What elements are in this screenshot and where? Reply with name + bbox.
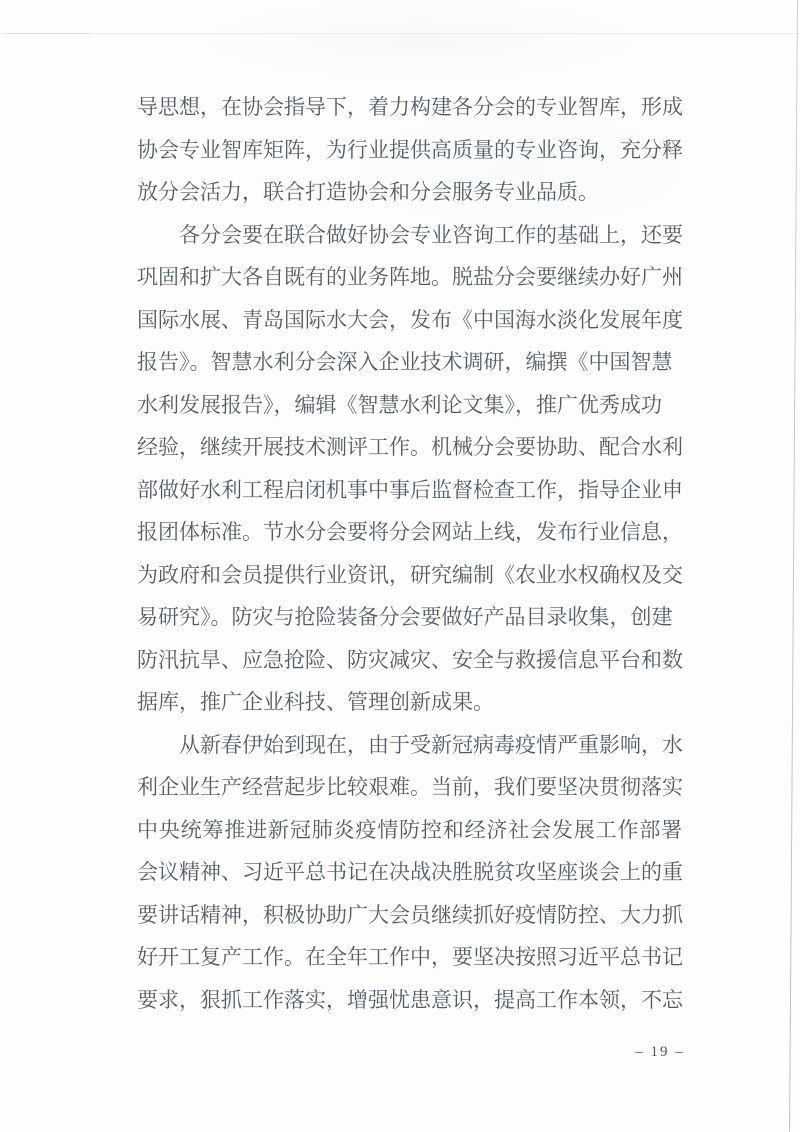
scan-artifact-horizontal-faint	[0, 33, 800, 34]
text-line: 据库，推广企业科技、管理创新成果。	[137, 681, 683, 724]
text-line: 协会专业智库矩阵，为行业提供高质量的专业咨询，充分释	[137, 129, 683, 172]
page-number: – 19 –	[620, 1044, 700, 1061]
paragraph: 从新春伊始到现在，由于受新冠病毒疫情严重影响，水 利企业生产经营起步比较艰难。当…	[137, 724, 683, 1022]
text-line: 放分会活力，联合打造协会和分会服务专业品质。	[137, 171, 683, 214]
text-line: 防汛抗旱、应急抢险、防灾减灾、安全与救援信息平台和数	[137, 639, 683, 682]
paragraph: 导思想，在协会指导下，着力构建各分会的专业智库，形成 协会专业智库矩阵，为行业提…	[137, 86, 683, 214]
text-line: 巩固和扩大各自既有的业务阵地。脱盐分会要继续办好广州	[137, 256, 683, 299]
text-line: 经验，继续开展技术测评工作。机械分会要协助、配合水利	[137, 426, 683, 469]
text-line: 好开工复产工作。在全年工作中，要坚决按照习近平总书记	[137, 936, 683, 979]
text-line: 水利发展报告》，编辑《智慧水利论文集》，推广优秀成功	[137, 384, 683, 427]
text-line: 会议精神、习近平总书记在决战决胜脱贫攻坚座谈会上的重	[137, 851, 683, 894]
text-line: 中央统筹推进新冠肺炎疫情防控和经济社会发展工作部署	[137, 809, 683, 852]
text-line: 从新春伊始到现在，由于受新冠病毒疫情严重影响，水	[137, 724, 683, 767]
text-line: 国际水展、青岛国际水大会，发布《中国海水淡化发展年度	[137, 299, 683, 342]
text-line: 报团体标准。节水分会要将分会网站上线，发布行业信息，	[137, 511, 683, 554]
text-line: 为政府和会员提供行业资讯，研究编制《农业水权确权及交	[137, 554, 683, 597]
text-line: 易研究》。防灾与抢险装备分会要做好产品目录收集，创建	[137, 596, 683, 639]
text-line: 要求，狠抓工作落实，增强忧患意识，提高工作本领，不忘	[137, 979, 683, 1022]
scanned-document-page: 导思想，在协会指导下，着力构建各分会的专业智库，形成 协会专业智库矩阵，为行业提…	[0, 0, 800, 1132]
scan-artifact-horizontal-streak	[6, 33, 90, 34]
text-line: 要讲话精神，积极协助广大会员继续抓好疫情防控、大力抓	[137, 894, 683, 937]
scan-artifact-vertical-line	[789, 0, 798, 1132]
text-line: 报告》。智慧水利分会深入企业技术调研，编撰《中国智慧	[137, 341, 683, 384]
document-body-text: 导思想，在协会指导下，着力构建各分会的专业智库，形成 协会专业智库矩阵，为行业提…	[137, 86, 683, 1021]
text-line: 部做好水利工程启闭机事中事后监督检查工作，指导企业申	[137, 469, 683, 512]
paragraph: 各分会要在联合做好协会专业咨询工作的基础上，还要 巩固和扩大各自既有的业务阵地。…	[137, 214, 683, 724]
text-line: 利企业生产经营起步比较艰难。当前，我们要坚决贯彻落实	[137, 766, 683, 809]
text-line: 各分会要在联合做好协会专业咨询工作的基础上，还要	[137, 214, 683, 257]
text-line: 导思想，在协会指导下，着力构建各分会的专业智库，形成	[137, 86, 683, 129]
